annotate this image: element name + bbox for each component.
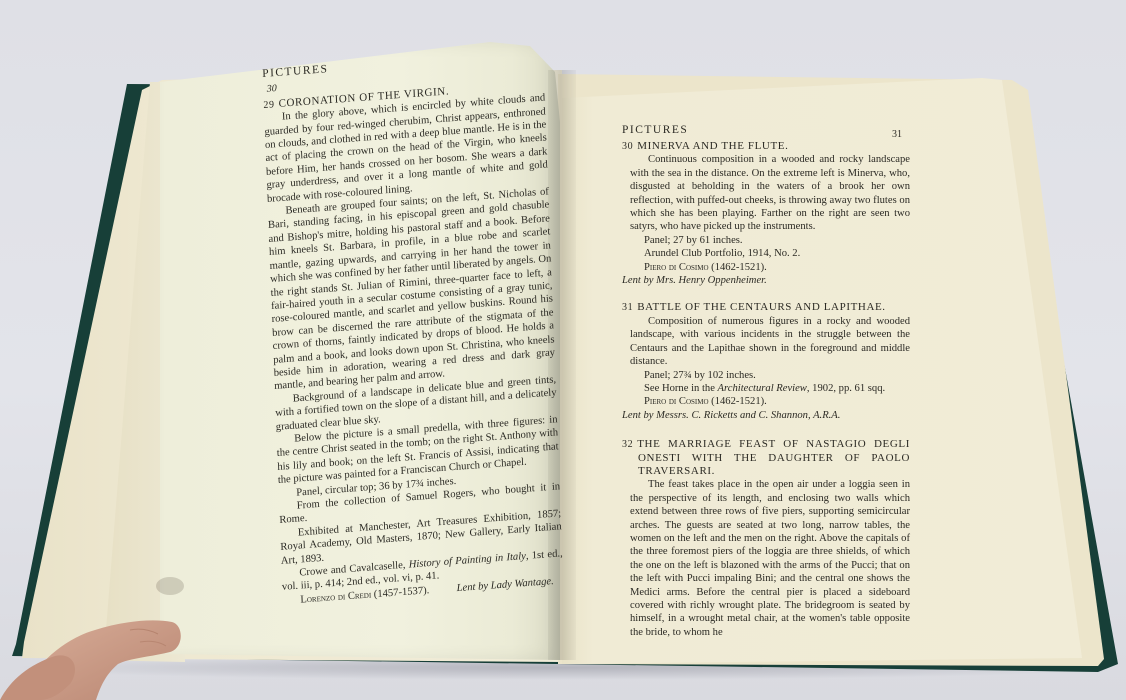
lender: Lent by Mrs. Henry Oppenheimer.: [622, 274, 910, 287]
entry-heading: 32THE MARRIAGE FEAST OF NASTAGIO DEGLI O…: [622, 438, 910, 478]
dimensions: Panel; 27 by 61 inches.: [622, 234, 910, 247]
paragraph: Composition of numerous figures in a roc…: [622, 315, 910, 369]
paragraph: Continuous composition in a wooded and r…: [622, 153, 910, 233]
entry-heading: 30MINERVA AND THE FLUTE.: [622, 140, 910, 153]
page-number: 31: [892, 128, 902, 141]
paragraph: Beneath are grouped four saints; on the …: [267, 185, 555, 393]
left-page-text: PICTURES 30 29CORONATION OF THE VIRGIN. …: [262, 47, 564, 608]
lender: Lent by Messrs. C. Ricketts and C. Shann…: [622, 409, 910, 422]
entry-number: 29: [263, 99, 275, 111]
reference: Arundel Club Portfolio, 1914, No. 2.: [622, 247, 910, 260]
right-page-text: PICTURES 31 30MINERVA AND THE FLUTE. Con…: [622, 124, 910, 639]
artist: Piero di Cosimo (1462-1521).: [622, 395, 910, 408]
hand-holding-page-icon: [0, 560, 200, 700]
paragraph: The feast takes place in the open air un…: [622, 478, 910, 639]
entry-heading: 31BATTLE OF THE CENTAURS AND LAPITHAE.: [622, 301, 910, 314]
reference: See Horne in the Architectural Review, 1…: [622, 382, 910, 395]
photo-scene: PICTURES 30 29CORONATION OF THE VIRGIN. …: [0, 0, 1126, 700]
running-head: PICTURES: [622, 124, 910, 137]
dimensions: Panel; 27¾ by 102 inches.: [622, 369, 910, 382]
artist: Piero di Cosimo (1462-1521).: [622, 261, 910, 274]
